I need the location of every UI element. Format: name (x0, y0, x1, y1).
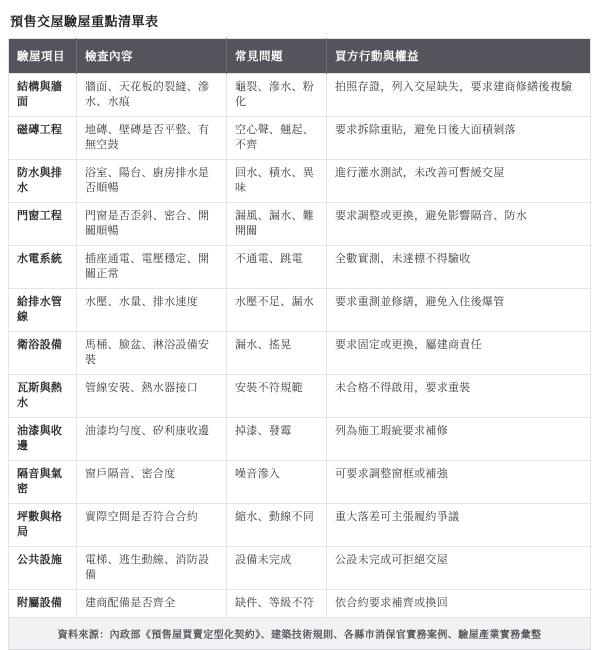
table-row: 瓦斯與熱水 管線安裝、熱水器接口 安裝不符規範 未合格不得啟用，要求重裝 (9, 375, 591, 418)
cell-item: 坪數與格局 (9, 504, 77, 547)
cell-issues: 回水、積水、異味 (227, 160, 327, 203)
cell-action: 依合約要求補齊或換回 (327, 590, 591, 618)
cell-action: 公設未完成可拒絕交屋 (327, 547, 591, 590)
page-title: 預售交屋驗屋重點清單表 (10, 11, 589, 30)
cell-issues: 掉漆、發霉 (227, 418, 327, 461)
cell-item: 防水與排水 (9, 160, 77, 203)
cell-action: 要求拆除重貼，避免日後大面積剝落 (327, 117, 591, 160)
cell-item: 門窗工程 (9, 203, 77, 246)
cell-item: 水電系統 (9, 246, 77, 289)
cell-check: 門窗是否歪斜、密合、開關順暢 (77, 203, 227, 246)
cell-check: 建商配備是否齊全 (77, 590, 227, 618)
table-footer: 資料來源：內政部《預售屋買賣定型化契約》、建築技術規則、各縣市消保官實務案例、驗… (9, 618, 591, 650)
cell-item: 附屬設備 (9, 590, 77, 618)
cell-check: 插座通電、電壓穩定、開關正常 (77, 246, 227, 289)
table-row: 防水與排水 浴室、陽台、廚房排水是否順暢 回水、積水、異味 進行灌水測試，未改善… (9, 160, 591, 203)
cell-issues: 漏風、漏水、難開關 (227, 203, 327, 246)
table-row: 附屬設備 建商配備是否齊全 缺件、等級不符 依合約要求補齊或換回 (9, 590, 591, 618)
cell-action: 列為施工瑕疵要求補修 (327, 418, 591, 461)
source-note: 資料來源：內政部《預售屋買賣定型化契約》、建築技術規則、各縣市消保官實務案例、驗… (9, 618, 591, 650)
cell-action: 要求固定或更換，屬建商責任 (327, 332, 591, 375)
cell-item: 結構與牆面 (9, 74, 77, 117)
cell-issues: 不通電、跳電 (227, 246, 327, 289)
cell-item: 油漆與收邊 (9, 418, 77, 461)
cell-check: 管線安裝、熱水器接口 (77, 375, 227, 418)
column-header-action: 買方行動與權益 (327, 39, 591, 74)
cell-action: 拍照存證，列入交屋缺失，要求建商修繕後複驗 (327, 74, 591, 117)
cell-action: 重大落差可主張履約爭議 (327, 504, 591, 547)
cell-action: 未合格不得啟用，要求重裝 (327, 375, 591, 418)
table-row: 水電系統 插座通電、電壓穩定、開關正常 不通電、跳電 全數實測，未達標不得驗收 (9, 246, 591, 289)
column-header-issues: 常見問題 (227, 39, 327, 74)
column-header-check: 檢查內容 (77, 39, 227, 74)
cell-issues: 漏水、搖晃 (227, 332, 327, 375)
header-row: 驗屋項目 檢查內容 常見問題 買方行動與權益 (9, 39, 591, 74)
cell-action: 要求重測並修繕，避免入住後爆管 (327, 289, 591, 332)
cell-issues: 噪音滲入 (227, 461, 327, 504)
table-header: 驗屋項目 檢查內容 常見問題 買方行動與權益 (9, 39, 591, 74)
cell-issues: 龜裂、滲水、粉化 (227, 74, 327, 117)
table-row: 門窗工程 門窗是否歪斜、密合、開關順暢 漏風、漏水、難開關 要求調整或更換，避免… (9, 203, 591, 246)
cell-check: 地磚、壁磚是否平整、有無空鼓 (77, 117, 227, 160)
cell-item: 公共設施 (9, 547, 77, 590)
cell-check: 浴室、陽台、廚房排水是否順暢 (77, 160, 227, 203)
footer-row: 資料來源：內政部《預售屋買賣定型化契約》、建築技術規則、各縣市消保官實務案例、驗… (9, 618, 591, 650)
cell-item: 瓦斯與熱水 (9, 375, 77, 418)
cell-issues: 安裝不符規範 (227, 375, 327, 418)
cell-issues: 缺件、等級不符 (227, 590, 327, 618)
cell-check: 實際空間是否符合合約 (77, 504, 227, 547)
cell-issues: 縮水、動線不同 (227, 504, 327, 547)
table-body: 結構與牆面 牆面、天花板的裂縫、滲水、水痕 龜裂、滲水、粉化 拍照存證，列入交屋… (9, 74, 591, 618)
cell-issues: 水壓不足、漏水 (227, 289, 327, 332)
table-row: 公共設施 電梯、逃生動線、消防設備 設備未完成 公設未完成可拒絕交屋 (9, 547, 591, 590)
inspection-checklist-table: 驗屋項目 檢查內容 常見問題 買方行動與權益 結構與牆面 牆面、天花板的裂縫、滲… (8, 38, 591, 650)
cell-issues: 設備未完成 (227, 547, 327, 590)
cell-check: 油漆均勻度、矽利康收邊 (77, 418, 227, 461)
table-row: 隔音與氣密 窗戶隔音、密合度 噪音滲入 可要求調整窗框或補強 (9, 461, 591, 504)
table-row: 磁磚工程 地磚、壁磚是否平整、有無空鼓 空心聲、翹起、不齊 要求拆除重貼，避免日… (9, 117, 591, 160)
table-row: 衛浴設備 馬桶、臉盆、淋浴設備安裝 漏水、搖晃 要求固定或更換，屬建商責任 (9, 332, 591, 375)
cell-check: 牆面、天花板的裂縫、滲水、水痕 (77, 74, 227, 117)
table-row: 油漆與收邊 油漆均勻度、矽利康收邊 掉漆、發霉 列為施工瑕疵要求補修 (9, 418, 591, 461)
cell-item: 給排水管線 (9, 289, 77, 332)
cell-check: 馬桶、臉盆、淋浴設備安裝 (77, 332, 227, 375)
table-row: 給排水管線 水壓、水量、排水速度 水壓不足、漏水 要求重測並修繕，避免入住後爆管 (9, 289, 591, 332)
cell-action: 可要求調整窗框或補強 (327, 461, 591, 504)
cell-issues: 空心聲、翹起、不齊 (227, 117, 327, 160)
cell-action: 進行灌水測試，未改善可暫緩交屋 (327, 160, 591, 203)
table-row: 坪數與格局 實際空間是否符合合約 縮水、動線不同 重大落差可主張履約爭議 (9, 504, 591, 547)
cell-check: 水壓、水量、排水速度 (77, 289, 227, 332)
cell-item: 衛浴設備 (9, 332, 77, 375)
cell-check: 窗戶隔音、密合度 (77, 461, 227, 504)
table-row: 結構與牆面 牆面、天花板的裂縫、滲水、水痕 龜裂、滲水、粉化 拍照存證，列入交屋… (9, 74, 591, 117)
column-header-item: 驗屋項目 (9, 39, 77, 74)
cell-action: 要求調整或更換，避免影響隔音、防水 (327, 203, 591, 246)
cell-action: 全數實測，未達標不得驗收 (327, 246, 591, 289)
cell-check: 電梯、逃生動線、消防設備 (77, 547, 227, 590)
cell-item: 隔音與氣密 (9, 461, 77, 504)
page: 預售交屋驗屋重點清單表 驗屋項目 檢查內容 常見問題 買方行動與權益 結構與牆面… (0, 0, 596, 650)
cell-item: 磁磚工程 (9, 117, 77, 160)
